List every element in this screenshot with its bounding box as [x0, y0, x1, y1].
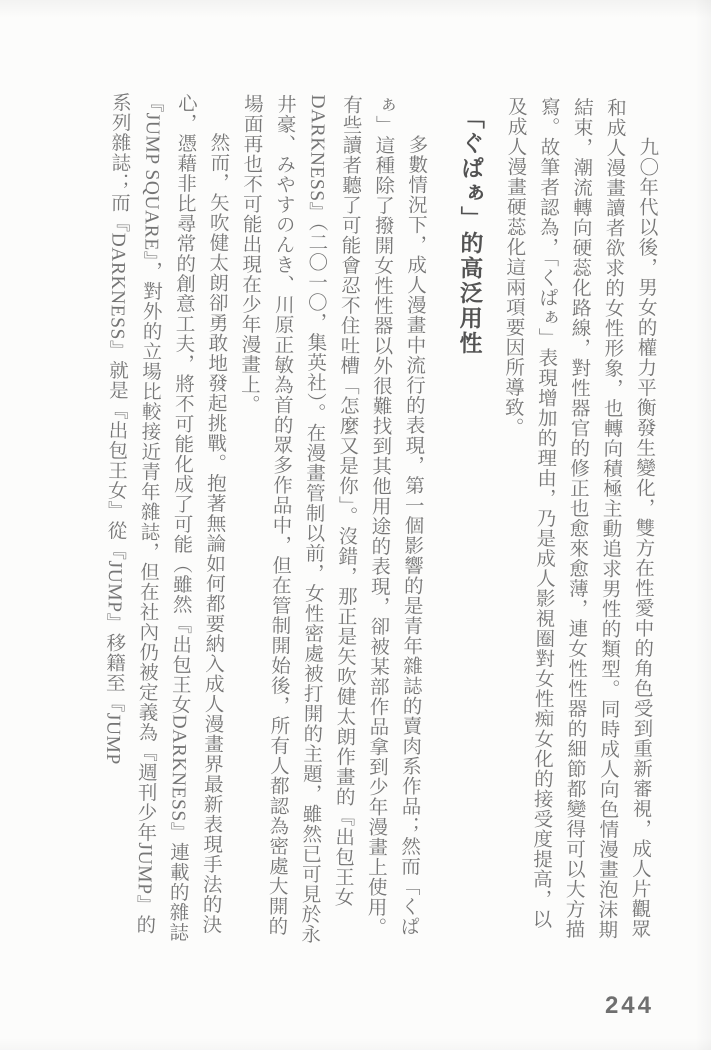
paragraph-1: 九〇年代以後，男女的權力平衡發生變化，雙方在性愛中的角色受到重新審視，成人片觀眾…	[490, 96, 664, 948]
page-number: 244	[605, 992, 654, 1020]
scan-shadow-bottom	[0, 1038, 711, 1050]
book-page: 九〇年代以後，男女的權力平衡發生變化，雙方在性愛中的角色受到重新審視，成人片觀眾…	[0, 0, 711, 1050]
scan-shadow-top	[0, 0, 711, 18]
paragraph-3: 然而，矢吹健太朗卻勇敢地發起挑戰。抱著無論如何都要納入成人漫畫界最新表現手法的決…	[94, 92, 235, 943]
vertical-text-block: 九〇年代以後，男女的權力平衡發生變化，雙方在性愛中的角色受到重新審視，成人片觀眾…	[94, 92, 664, 948]
paragraph-2: 多數情況下，成人漫畫中流行的表現，第一個影響的是青年雜誌的賣肉系作品；然而「くぱ…	[226, 94, 433, 946]
scan-shadow-right	[695, 0, 711, 1050]
section-heading: 「ぐぱぁ」的高泛用性	[446, 96, 489, 946]
